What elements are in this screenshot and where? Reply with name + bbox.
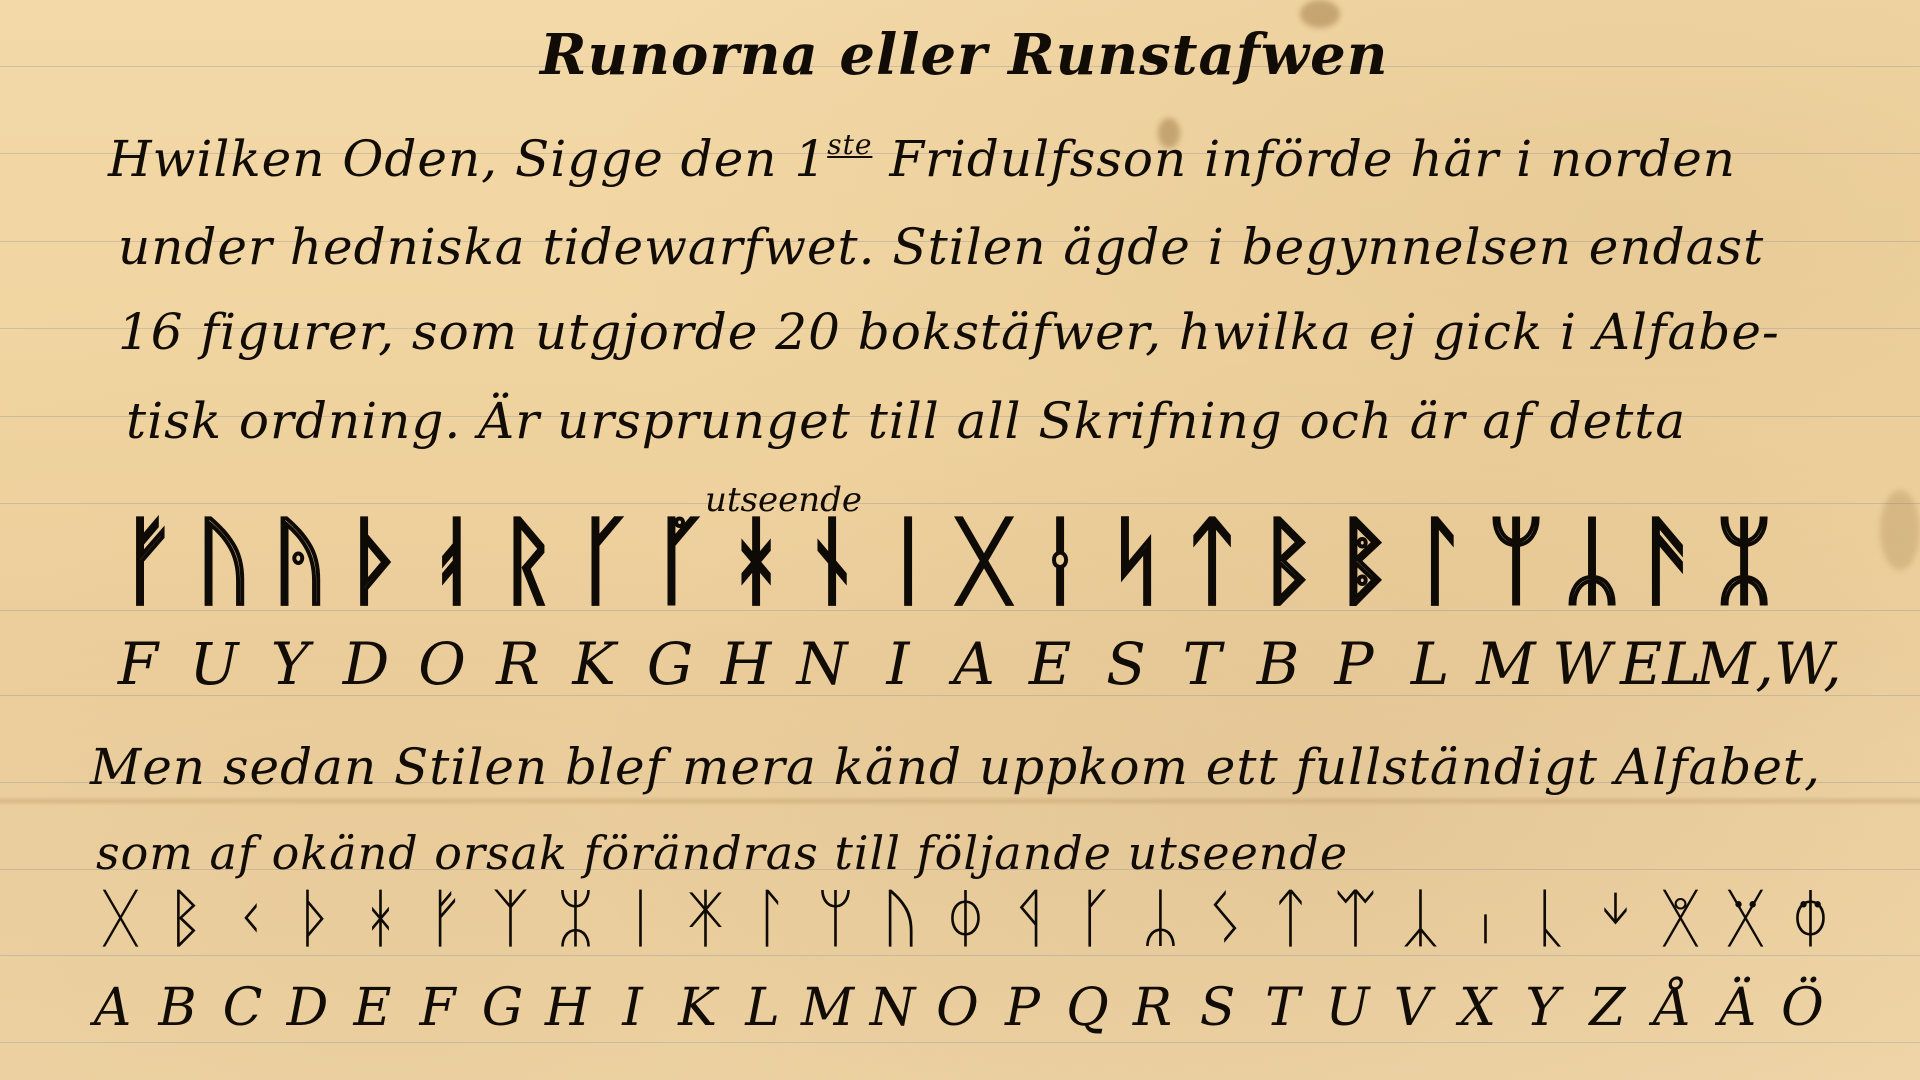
- rune-glyph: ᛁ: [608, 882, 673, 956]
- latin-letter: T: [1250, 978, 1315, 1038]
- rune-glyph: ᛒ: [1250, 505, 1326, 617]
- paragraph1-line2: under hedniska tidewarfwet. Stilen ägde …: [118, 218, 1764, 276]
- paragraph1-line1: Hwilken Oden, Sigge den 1ste Fridulfsson…: [108, 128, 1736, 188]
- superscript-ste: ste: [827, 128, 872, 161]
- paragraph2-line1: Men sedan Stilen blef mera känd uppkom e…: [90, 738, 1821, 796]
- latin-letter: Ö: [1770, 978, 1835, 1038]
- latin-letter: O: [404, 630, 480, 698]
- latin-row-2: A B C D E F G H I K L M N O P Q R S T U …: [80, 978, 1835, 1038]
- latin-letter: S: [1185, 978, 1250, 1038]
- latin-letter: X: [1445, 978, 1510, 1038]
- rune-glyph: ᛯ: [543, 882, 608, 956]
- rune-glyph: ᛡ: [673, 882, 738, 956]
- latin-letter: N: [784, 630, 860, 698]
- rune-glyph: ᛦ: [1554, 505, 1630, 617]
- latin-letter: H: [708, 630, 784, 698]
- rune-glyph: ᚦ: [283, 882, 348, 956]
- latin-letter: M: [1468, 630, 1544, 698]
- rune-glyph: ᚷ: [946, 505, 1022, 617]
- rune-glyph: ᚠ: [413, 882, 478, 956]
- line1-text-b: Fridulfsson införde här i norden: [889, 130, 1736, 188]
- latin-letter: I: [600, 978, 665, 1038]
- latin-letter: S: [1088, 630, 1164, 698]
- rune-glyph: ᚠ: [110, 505, 186, 617]
- rune-glyph: ᚾ: [794, 505, 870, 617]
- rune-glyph: ᚴ: [566, 505, 642, 617]
- rune-glyph: ᛂ: [1022, 505, 1098, 617]
- rune-glyph: ᛏ: [1258, 882, 1323, 956]
- rune-glyph: ᛠ: [1323, 882, 1388, 956]
- latin-letter: R: [1120, 978, 1185, 1038]
- latin-letter: F: [100, 630, 176, 698]
- latin-letter: K: [556, 630, 632, 698]
- rune-glyph: ᚵ: [642, 505, 718, 617]
- latin-letter: U: [176, 630, 252, 698]
- latin-letter: D: [275, 978, 340, 1038]
- latin-letter: U: [1315, 978, 1380, 1038]
- rune-glyph: ᛘ: [803, 882, 868, 956]
- rune-glyph: ᚮ: [414, 505, 490, 617]
- rune-glyph: ᚷ̊: [1648, 882, 1713, 956]
- rune-glyph: ᛩ: [998, 882, 1063, 956]
- rune-glyph: ᛚ: [738, 882, 803, 956]
- latin-letter: Y: [1510, 978, 1575, 1038]
- rune-glyph: ᚼ: [348, 882, 413, 956]
- rune-glyph: ᛣ: [1388, 882, 1453, 956]
- latin-letter: H: [535, 978, 600, 1038]
- paragraph1-line3: 16 figurer, som utgjorde 20 bokstäfwer, …: [118, 303, 1780, 361]
- latin-letter: P: [990, 978, 1055, 1038]
- latin-letter: B: [145, 978, 210, 1038]
- latin-letter: D: [328, 630, 404, 698]
- document-heading: Runorna eller Runstafwen: [540, 22, 1388, 88]
- paper-fold: [0, 796, 1920, 806]
- latin-letter: F: [405, 978, 470, 1038]
- latin-letter: EL: [1620, 630, 1696, 698]
- latin-letter: M: [795, 978, 860, 1038]
- ink-stain: [1880, 490, 1920, 570]
- latin-letter: Å: [1640, 978, 1705, 1038]
- latin-letter: N: [860, 978, 925, 1038]
- latin-letter: Y: [252, 630, 328, 698]
- ruling-line: [0, 1042, 1920, 1043]
- latin-letter: C: [210, 978, 275, 1038]
- rune-glyph: ᛚ: [1402, 505, 1478, 617]
- latin-letter: R: [480, 630, 556, 698]
- rune-glyph: ᚦ: [338, 505, 414, 617]
- paragraph2-line2: som af okänd orsak förändras till följan…: [96, 826, 1348, 880]
- rune-glyph: ᚢ: [186, 505, 262, 617]
- rune-glyph: ᚷ: [88, 882, 153, 956]
- latin-letter: O: [925, 978, 990, 1038]
- latin-letter: M,W,: [1696, 630, 1806, 698]
- latin-letter: B: [1240, 630, 1316, 698]
- rune-glyph: ᚱ: [490, 505, 566, 617]
- rune-glyph: ᛁ: [870, 505, 946, 617]
- rune-glyph: ᛒ: [153, 882, 218, 956]
- rune-glyph: ᚷ̈: [1713, 882, 1778, 956]
- rune-glyph: ᚤ: [262, 505, 338, 617]
- latin-letter: Z: [1575, 978, 1640, 1038]
- rune-glyph: ᚢ: [868, 882, 933, 956]
- rune-glyph: ᚲ: [218, 882, 283, 956]
- latin-letter: E: [340, 978, 405, 1038]
- rune-glyph: ᛉ: [478, 882, 543, 956]
- latin-letter: Q: [1055, 978, 1120, 1038]
- latin-letter: A: [80, 978, 145, 1038]
- rune-glyph: ᛏ: [1174, 505, 1250, 617]
- ruling-line: [0, 503, 1920, 504]
- paragraph1-line4: tisk ordning. Är ursprunget till all Skr…: [126, 392, 1686, 450]
- rune-glyph: ᛯ: [1706, 505, 1782, 617]
- latin-letter: G: [632, 630, 708, 698]
- latin-letter: E: [1012, 630, 1088, 698]
- rune-glyph: ᚼ: [718, 505, 794, 617]
- rune-glyph: ᛔ: [1326, 505, 1402, 617]
- rune-row-2: ᚷ ᛒ ᚲ ᚦ ᚼ ᚠ ᛉ ᛯ ᛁ ᛡ ᛚ ᛘ ᚢ ᛰ ᛩ ᚴ ᛦ ᛊ ᛏ ᛠ …: [88, 882, 1843, 956]
- latin-letter: I: [860, 630, 936, 698]
- latin-letter: G: [470, 978, 535, 1038]
- latin-letter: Ä: [1705, 978, 1770, 1038]
- rune-glyph: ᛘ: [1478, 505, 1554, 617]
- rune-glyph: ᛧ: [1453, 882, 1518, 956]
- rune-glyph: ᛰ̈: [1778, 882, 1843, 956]
- latin-letter: L: [730, 978, 795, 1038]
- rune-glyph: ᚳ: [1518, 882, 1583, 956]
- line1-text-a: Hwilken Oden, Sigge den 1: [108, 130, 827, 188]
- rune-glyph: ᛎ: [1583, 882, 1648, 956]
- latin-letter: P: [1316, 630, 1392, 698]
- latin-letter: A: [936, 630, 1012, 698]
- rune-row-1: ᚠ ᚢ ᚤ ᚦ ᚮ ᚱ ᚴ ᚵ ᚼ ᚾ ᛁ ᚷ ᛂ ᛋ ᛏ ᛒ ᛔ ᛚ ᛘ ᛦ …: [110, 505, 1782, 617]
- latin-letter: V: [1380, 978, 1445, 1038]
- rune-glyph: ᛋ: [1098, 505, 1174, 617]
- rune-glyph: ᚴ: [1063, 882, 1128, 956]
- rune-glyph: ᛦ: [1128, 882, 1193, 956]
- rune-glyph: ᛰ: [933, 882, 998, 956]
- latin-letter: W: [1544, 630, 1620, 698]
- latin-letter: K: [665, 978, 730, 1038]
- latin-letter: L: [1392, 630, 1468, 698]
- rune-glyph: ᚫ: [1630, 505, 1706, 617]
- latin-row-1: F U Y D O R K G H N I A E S T B P L M W …: [100, 630, 1806, 698]
- rune-glyph: ᛊ: [1193, 882, 1258, 956]
- latin-letter: T: [1164, 630, 1240, 698]
